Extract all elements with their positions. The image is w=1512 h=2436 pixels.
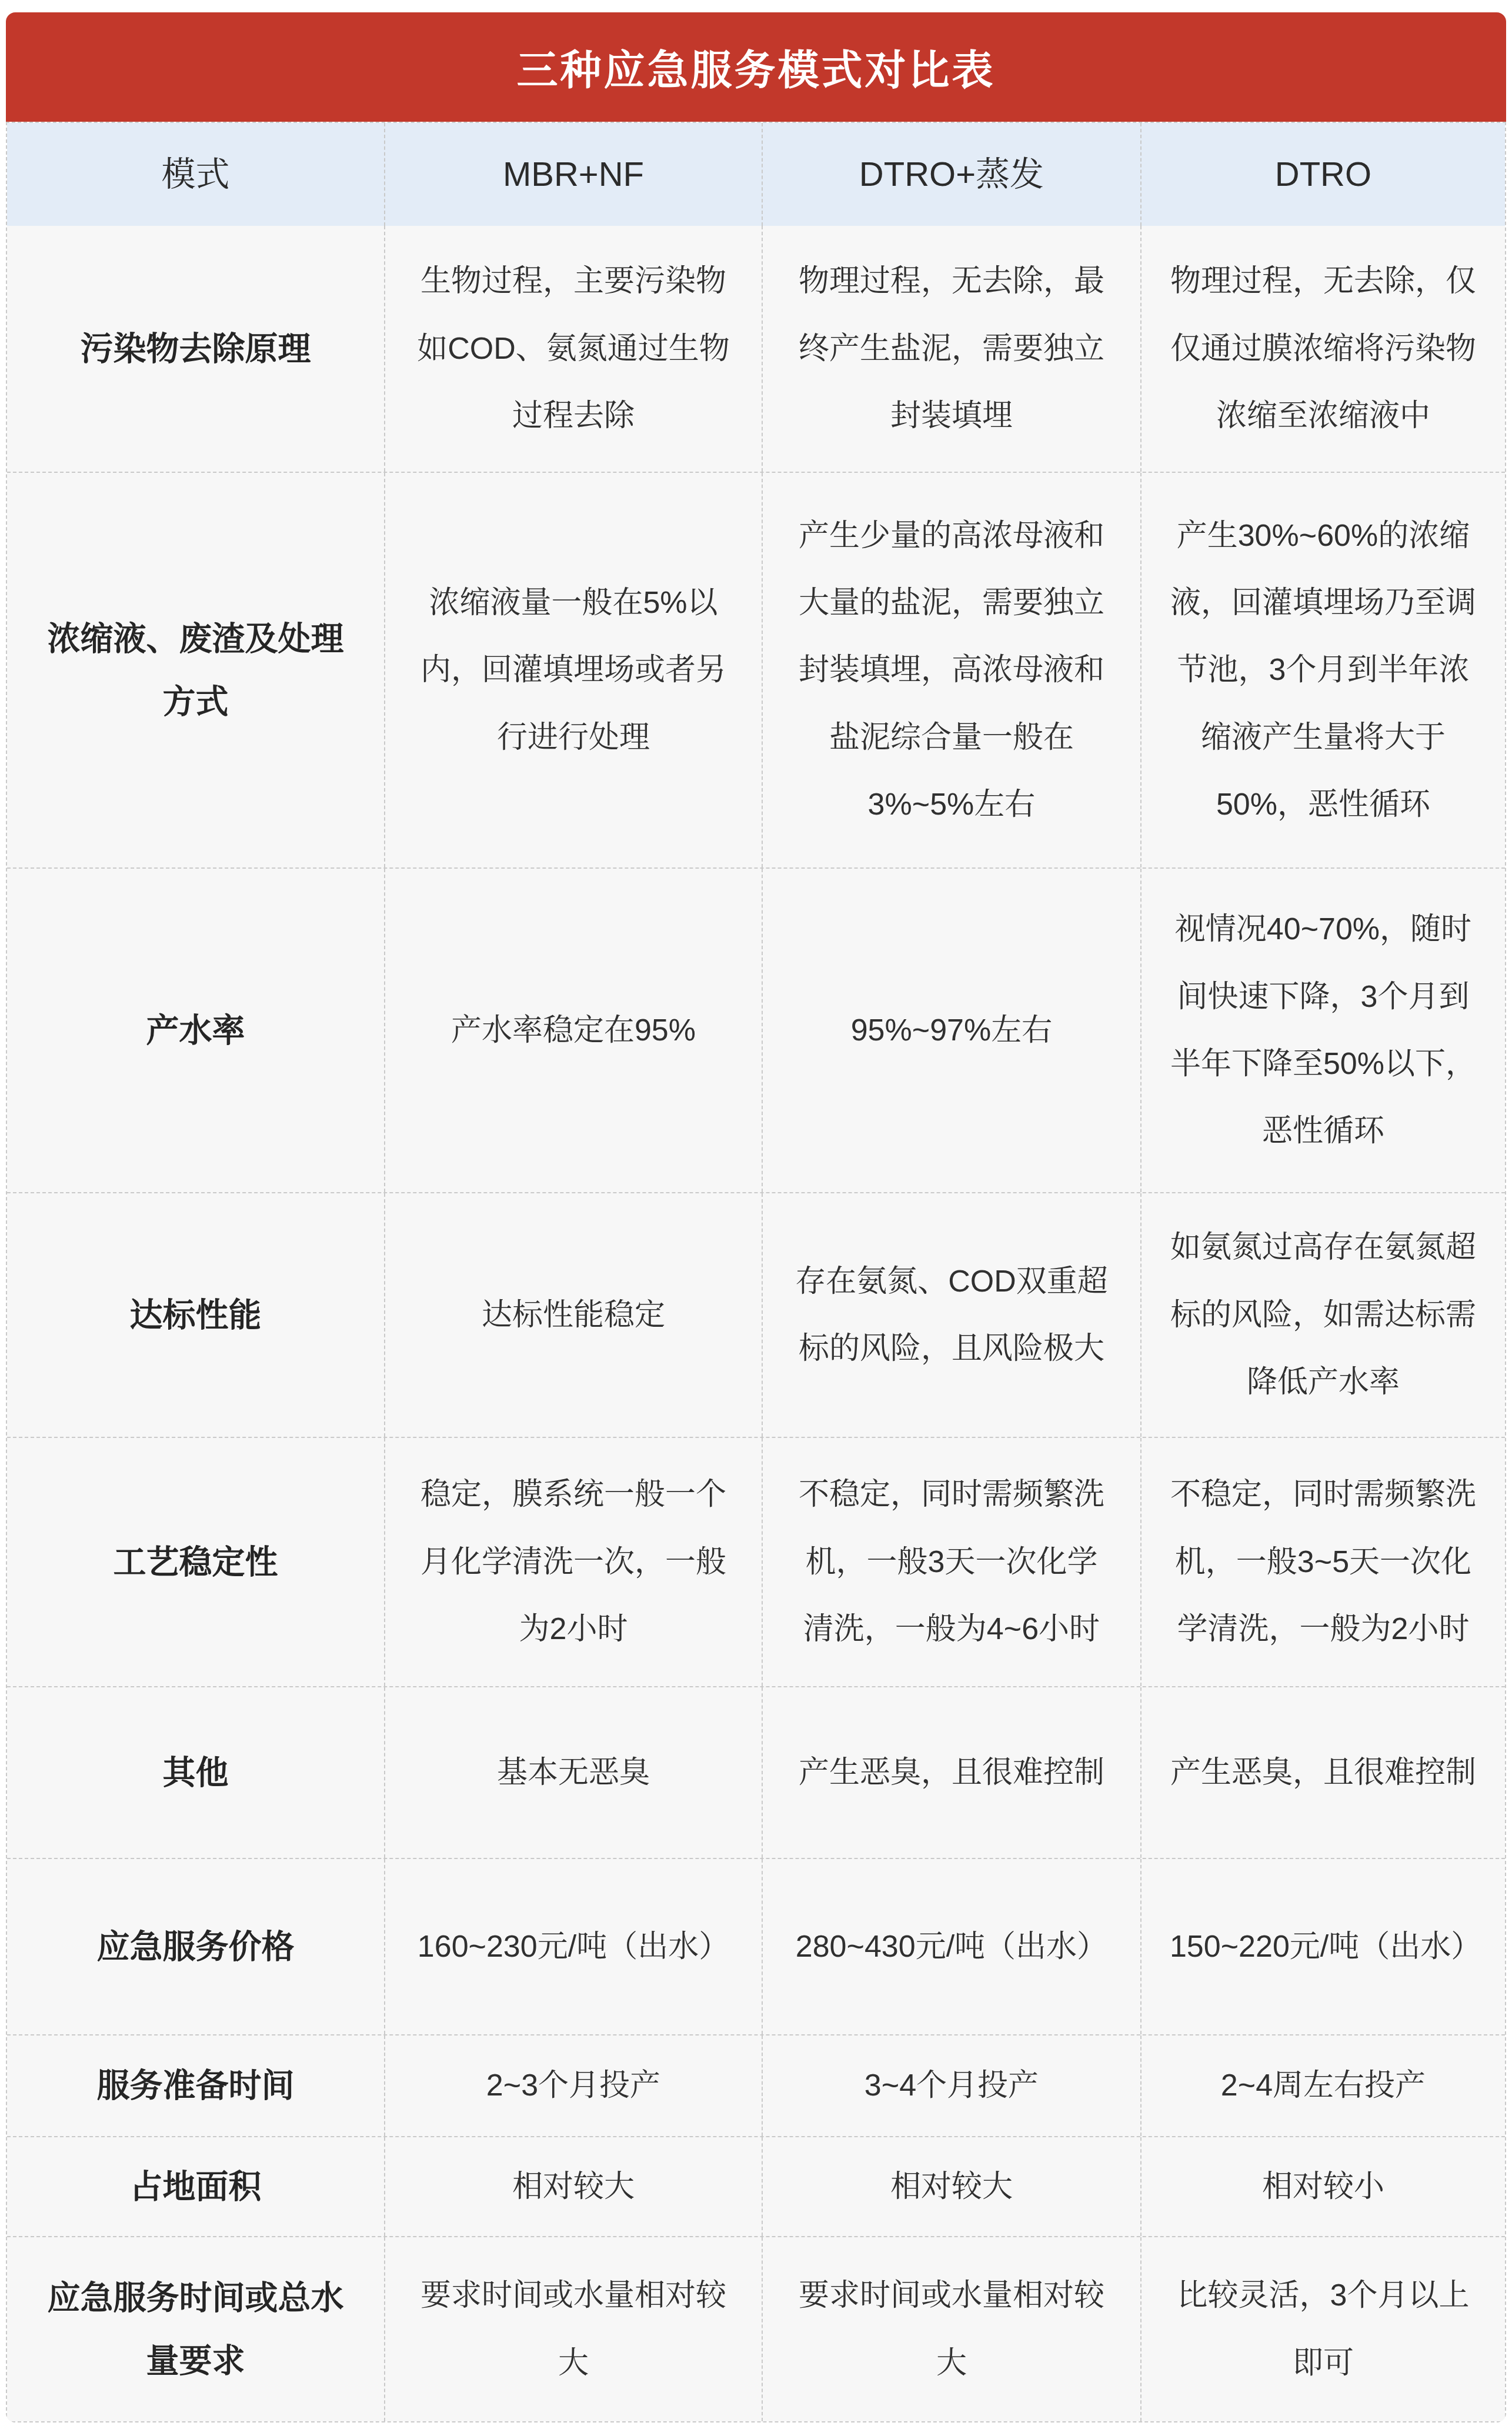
table-cell: 要求时间或水量相对较大 (384, 2237, 762, 2421)
table-cell: 产生恶臭，且很难控制 (1140, 1687, 1505, 1858)
table-cell: 要求时间或水量相对较大 (762, 2237, 1140, 2421)
table-row: 其他基本无恶臭产生恶臭，且很难控制产生恶臭，且很难控制 (7, 1686, 1505, 1858)
table-cell: 视情况40~70%，随时间快速下降，3个月到半年下降至50%以下，恶性循环 (1140, 869, 1505, 1192)
table-cell: 280~430元/吨（出水） (762, 1859, 1140, 2034)
table-cell: 不稳定，同时需频繁洗机，一般3~5天一次化学清洗，一般为2小时 (1140, 1438, 1505, 1686)
table-cell: 稳定，膜系统一般一个月化学清洗一次，一般为2小时 (384, 1438, 762, 1686)
table-row: 工艺稳定性稳定，膜系统一般一个月化学清洗一次，一般为2小时不稳定，同时需频繁洗机… (7, 1437, 1505, 1686)
table-cell: 3~4个月投产 (762, 2035, 1140, 2136)
row-label: 应急服务时间或总水量要求 (7, 2237, 384, 2421)
row-label: 工艺稳定性 (7, 1438, 384, 1686)
column-header-1: MBR+NF (384, 123, 762, 226)
table-cell: 95%~97%左右 (762, 869, 1140, 1192)
table-cell: 相对较大 (384, 2137, 762, 2236)
column-header-3: DTRO (1140, 123, 1505, 226)
table-cell: 基本无恶臭 (384, 1687, 762, 1858)
table-row: 达标性能达标性能稳定存在氨氮、COD双重超标的风险，且风险极大如氨氮过高存在氨氮… (7, 1192, 1505, 1437)
row-label: 产水率 (7, 869, 384, 1192)
row-label: 应急服务价格 (7, 1859, 384, 2034)
table-cell: 存在氨氮、COD双重超标的风险，且风险极大 (762, 1193, 1140, 1437)
row-label: 达标性能 (7, 1193, 384, 1437)
row-label: 污染物去除原理 (7, 226, 384, 472)
table-title-band: 三种应急服务模式对比表 (6, 12, 1506, 122)
row-label: 浓缩液、废渣及处理方式 (7, 473, 384, 867)
table-cell: 160~230元/吨（出水） (384, 1859, 762, 2034)
table-row: 浓缩液、废渣及处理方式浓缩液量一般在5%以内，回灌填埋场或者另行进行处理产生少量… (7, 472, 1505, 867)
comparison-table-rows: 污染物去除原理生物过程，主要污染物如COD、氨氮通过生物过程去除物理过程，无去除… (7, 226, 1505, 2421)
comparison-table: 模式MBR+NFDTRO+蒸发DTRO 污染物去除原理生物过程，主要污染物如CO… (6, 122, 1506, 2422)
row-label: 其他 (7, 1687, 384, 1858)
table-cell: 生物过程，主要污染物如COD、氨氮通过生物过程去除 (384, 226, 762, 472)
table-title: 三种应急服务模式对比表 (517, 38, 996, 97)
table-row: 占地面积相对较大相对较大相对较小 (7, 2136, 1505, 2236)
table-cell: 产水率稳定在95% (384, 869, 762, 1192)
table-cell: 产生少量的高浓母液和大量的盐泥，需要独立封装填埋，高浓母液和盐泥综合量一般在3%… (762, 473, 1140, 867)
comparison-table-card: 三种应急服务模式对比表 模式MBR+NFDTRO+蒸发DTRO 污染物去除原理生… (6, 12, 1506, 2422)
table-row: 产水率产水率稳定在95%95%~97%左右视情况40~70%，随时间快速下降，3… (7, 867, 1505, 1192)
table-cell: 比较灵活，3个月以上即可 (1140, 2237, 1505, 2421)
column-header-0: 模式 (7, 123, 384, 226)
table-cell: 产生恶臭，且很难控制 (762, 1687, 1140, 1858)
table-cell: 产生30%~60%的浓缩液，回灌填埋场乃至调节池，3个月到半年浓缩液产生量将大于… (1140, 473, 1505, 867)
table-cell: 150~220元/吨（出水） (1140, 1859, 1505, 2034)
row-label: 占地面积 (7, 2137, 384, 2236)
table-row: 污染物去除原理生物过程，主要污染物如COD、氨氮通过生物过程去除物理过程，无去除… (7, 226, 1505, 472)
row-label: 服务准备时间 (7, 2035, 384, 2136)
table-cell: 如氨氮过高存在氨氮超标的风险，如需达标需降低产水率 (1140, 1193, 1505, 1437)
page: 三种应急服务模式对比表 模式MBR+NFDTRO+蒸发DTRO 污染物去除原理生… (0, 0, 1512, 2436)
table-cell: 2~4周左右投产 (1140, 2035, 1505, 2136)
table-cell: 达标性能稳定 (384, 1193, 762, 1437)
column-header-2: DTRO+蒸发 (762, 123, 1140, 226)
table-cell: 物理过程，无去除，最终产生盐泥，需要独立封装填埋 (762, 226, 1140, 472)
table-cell: 相对较小 (1140, 2137, 1505, 2236)
table-header-row: 模式MBR+NFDTRO+蒸发DTRO (7, 123, 1505, 226)
table-cell: 浓缩液量一般在5%以内，回灌填埋场或者另行进行处理 (384, 473, 762, 867)
table-cell: 不稳定，同时需频繁洗机，一般3天一次化学清洗，一般为4~6小时 (762, 1438, 1140, 1686)
table-row: 应急服务价格160~230元/吨（出水）280~430元/吨（出水）150~22… (7, 1858, 1505, 2034)
table-row: 服务准备时间2~3个月投产3~4个月投产2~4周左右投产 (7, 2034, 1505, 2136)
table-row: 应急服务时间或总水量要求要求时间或水量相对较大要求时间或水量相对较大比较灵活，3… (7, 2236, 1505, 2421)
table-cell: 2~3个月投产 (384, 2035, 762, 2136)
table-cell: 相对较大 (762, 2137, 1140, 2236)
table-cell: 物理过程，无去除，仅仅通过膜浓缩将污染物浓缩至浓缩液中 (1140, 226, 1505, 472)
